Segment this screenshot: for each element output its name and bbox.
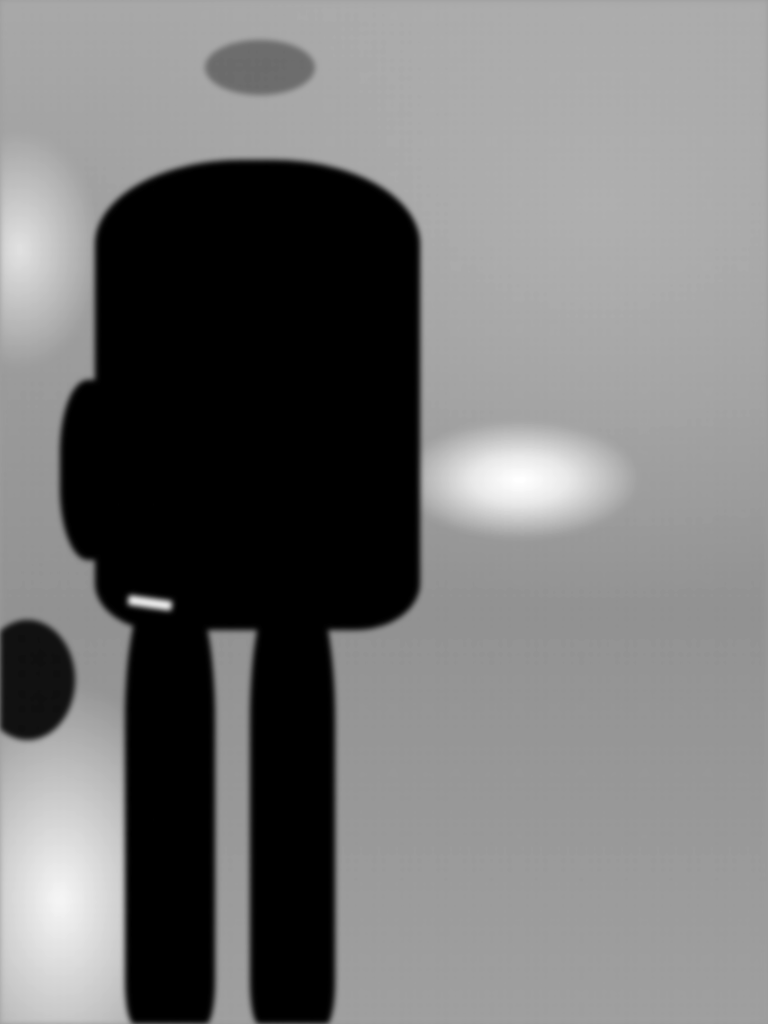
photo-scene [0,0,768,1024]
film-grain-overlay [0,0,768,1024]
